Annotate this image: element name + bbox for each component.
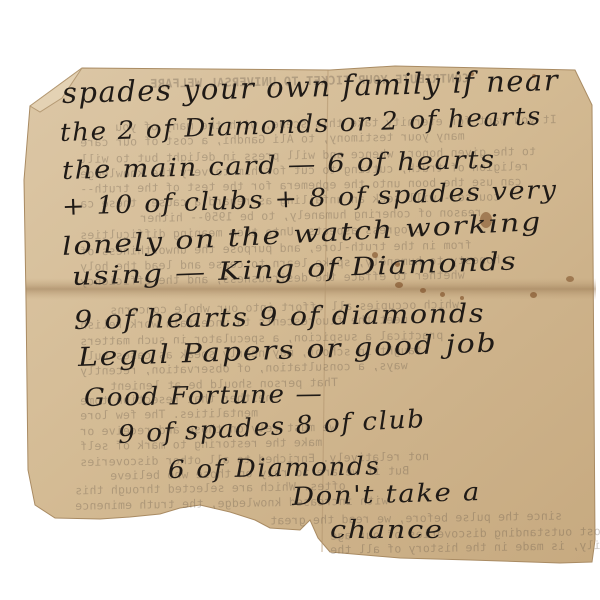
stain-spot xyxy=(395,282,403,288)
stain-spot xyxy=(420,288,426,293)
stain-spot xyxy=(566,276,574,282)
stain-spot xyxy=(530,292,537,298)
stain-spot xyxy=(440,292,445,297)
handwritten-line: Good Fortune — xyxy=(84,379,324,412)
photo-of-handwritten-note: CONTRIBUTE YOUR TICKET TO UNIVERSAL WELF… xyxy=(0,0,600,600)
handwritten-line: chance xyxy=(330,515,444,544)
handwritten-line: 6 of Diamonds xyxy=(168,451,381,484)
handwritten-line: Don't take a xyxy=(292,477,482,511)
